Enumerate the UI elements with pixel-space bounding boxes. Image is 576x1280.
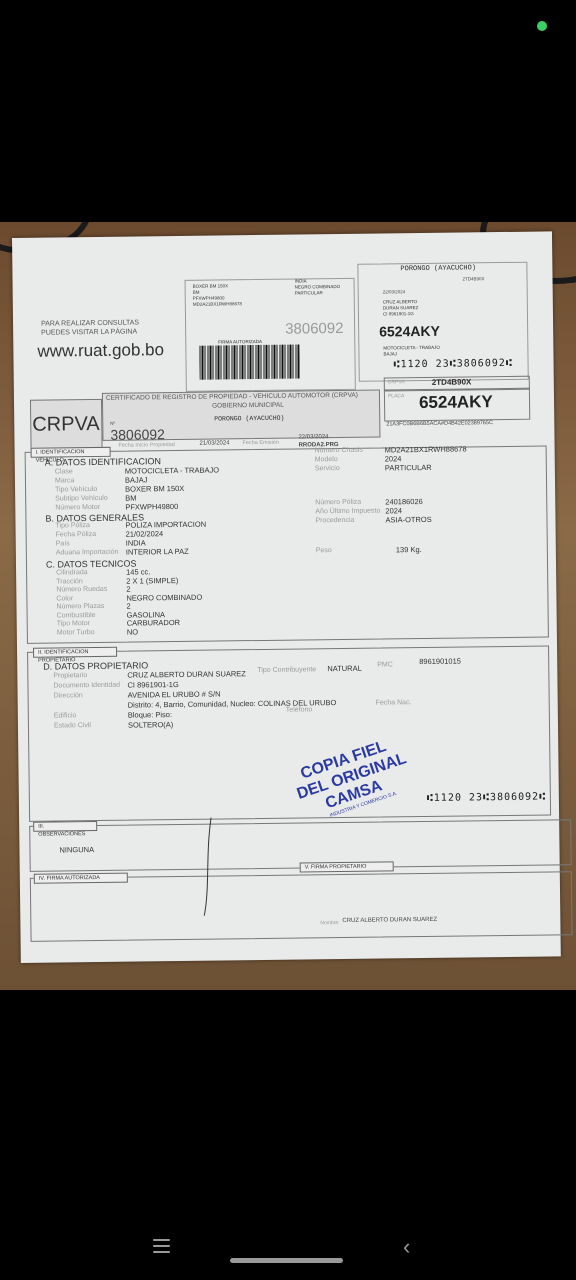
android-nav-bar: ‹ — [0, 1200, 576, 1280]
website-link: www.ruat.gob.bo — [37, 340, 164, 362]
field-value: 240186026 — [385, 497, 423, 506]
field-value: BAJAJ — [125, 475, 148, 484]
field-label: Número Motor — [55, 503, 125, 513]
section-b-right: Número Póliza240186026Año Último Impuest… — [315, 497, 432, 525]
telefono-label: Teléfono — [286, 706, 313, 713]
crpva-code-label: CRPVA — [388, 379, 405, 385]
stub-firma-label: FIRMA AUTORIZADA — [218, 339, 262, 345]
placa-label: PLACA — [388, 393, 404, 399]
fecha-nac-label: Fecha Nac. — [376, 699, 412, 706]
fecha-emision: 22/03/2024 — [298, 434, 328, 440]
field-row: Aduana ImportaciónINTERIOR LA PAZ — [56, 547, 207, 558]
section-d-fields: PropietarioCRUZ ALBERTO DURAN SUAREZDocu… — [53, 668, 336, 731]
document-photo: PARA REALIZAR CONSULTAS PUEDES VISITAR L… — [0, 222, 576, 990]
fecha-inicio-label: Fecha Inicio Propiedad — [119, 442, 175, 449]
home-pill-icon[interactable] — [230, 1258, 343, 1263]
field-value: 2024 — [385, 454, 402, 463]
field-value: INDIA — [126, 538, 146, 547]
field-label: Motor Turbo — [57, 628, 127, 637]
fecha-inicio: 21/03/2024 — [199, 440, 229, 446]
section-c-right: Peso139 Kg. — [316, 545, 422, 555]
stub-placa: 6524AKY — [379, 323, 440, 340]
stub-crpva: 2TD4B90X — [463, 276, 485, 281]
barcode — [199, 344, 299, 379]
micr-line: ⑆1120 23⑆3806092⑆ — [427, 792, 546, 804]
stub-servicio: PARTICULAR — [295, 290, 341, 297]
handwritten-signature — [189, 815, 230, 925]
field-value: 2024 — [385, 506, 402, 515]
field-label: Estado Civil — [54, 721, 128, 732]
field-value: INTERIOR LA PAZ — [126, 547, 189, 557]
field-value: BM — [125, 493, 136, 502]
header-municipio: PORONGO (AYACUCHO) — [214, 415, 284, 423]
field-value: CRUZ ALBERTO DURAN SUAREZ — [127, 669, 246, 680]
crpva-logo: CRPVA — [32, 413, 100, 437]
stub-fecha: 22/03/2024 — [383, 289, 406, 294]
field-value: 2 X 1 (SIMPLE) — [126, 576, 178, 585]
pmc-value: 8961901015 — [419, 657, 461, 667]
field-value: Bloque: Piso: — [128, 710, 172, 721]
tipo-contribuyente-label: Tipo Contribuyente — [257, 666, 316, 674]
section-c-fields: Cilindrada145 cc.Tracción2 X 1 (SIMPLE)N… — [56, 568, 203, 638]
signer-name: CRUZ ALBERTO DURAN SUAREZ — [342, 917, 437, 924]
stub-number: 3806092 — [285, 320, 344, 338]
field-row: Peso139 Kg. — [316, 545, 422, 555]
field-value: CI 8961901-1G — [127, 680, 178, 691]
stub-owner-ci: CI 8961901-1G — [383, 311, 419, 317]
field-value: 139 Kg. — [396, 545, 422, 554]
tipo-contribuyente: NATURAL — [327, 664, 362, 673]
field-value: NEGRO COMBINADO — [126, 593, 202, 602]
field-label: Peso — [316, 545, 396, 555]
stub-chasis: MD2A21BX1RWH88678 — [193, 301, 242, 308]
signer-label: Nombre: — [320, 920, 339, 926]
field-value: PARTICULAR — [385, 463, 432, 473]
security-hash: 21A3FC0B6B6B5ACA#D4B42E02389765C — [386, 420, 493, 427]
consult-text: PUEDES VISITAR LA PÁGINA — [41, 327, 139, 337]
section-owner-tab: II. IDENTIFICACION PROPIETARIO — [33, 647, 117, 658]
section-b-fields: Tipo PólizaPOLIZA IMPORTACIONFecha Póliz… — [55, 520, 206, 558]
crpva-code: 2TD4B90X — [432, 377, 472, 386]
section-authorized-signature-tab: IV. FIRMA AUTORIZADA — [34, 873, 128, 884]
menu-icon[interactable] — [153, 1239, 170, 1257]
field-value: ASIA-OTROS — [385, 515, 431, 525]
stub-micr: ⑆1120 23⑆3806092⑆ — [394, 358, 513, 370]
field-value: BOXER BM 150X — [125, 484, 184, 494]
field-label: Servicio — [315, 463, 385, 473]
field-row: ServicioPARTICULAR — [315, 462, 467, 473]
section-owner-signature-tab: V. FIRMA PROPIETARIO — [300, 861, 394, 872]
field-row: ProcedenciaASIA-OTROS — [315, 515, 431, 525]
section-observations-tab: III. OBSERVACIONES — [33, 821, 97, 832]
field-value: 21/02/2024 — [126, 529, 164, 538]
field-row: Motor TurboNO — [57, 627, 203, 637]
section-a-fields: ClaseMOTOCICLETA - TRABAJOMarcaBAJAJTipo… — [55, 465, 220, 512]
certificate-subtitle: GOBIERNO MUNICIPAL — [212, 402, 284, 410]
section-a-right: Número ChasisMD2A21BX1RWH88678Modelo2024… — [315, 444, 467, 473]
crpva-certificate: PARA REALIZAR CONSULTAS PUEDES VISITAR L… — [12, 231, 561, 963]
field-value: POLIZA IMPORTACION — [125, 520, 206, 530]
certificate-number: 3806092 — [110, 426, 165, 443]
pmc-label: PMC — [377, 661, 393, 668]
status-indicator-dot — [537, 21, 547, 31]
fecha-emision-label: Fecha Emisión — [242, 440, 278, 446]
chevron-left-icon[interactable]: ‹ — [403, 1236, 410, 1258]
observations-value: NINGUNA — [59, 845, 94, 854]
field-value: NO — [127, 628, 138, 637]
field-value: MD2A21BX1RWH88678 — [385, 444, 467, 454]
field-value: PFXWPH49800 — [125, 502, 178, 512]
field-value: MOTOCICLETA - TRABAJO — [125, 465, 219, 475]
field-value: SOLTERO(A) — [128, 720, 173, 731]
stub-municipio: PORONGO (AYACUCHO) — [400, 264, 476, 273]
field-label: Procedencia — [315, 515, 385, 525]
stub-marca: BAJAJ — [383, 351, 440, 358]
field-label: Aduana Importación — [56, 548, 126, 558]
nro-label: Nº — [110, 421, 115, 426]
placa-number: 6524AKY — [419, 392, 493, 413]
